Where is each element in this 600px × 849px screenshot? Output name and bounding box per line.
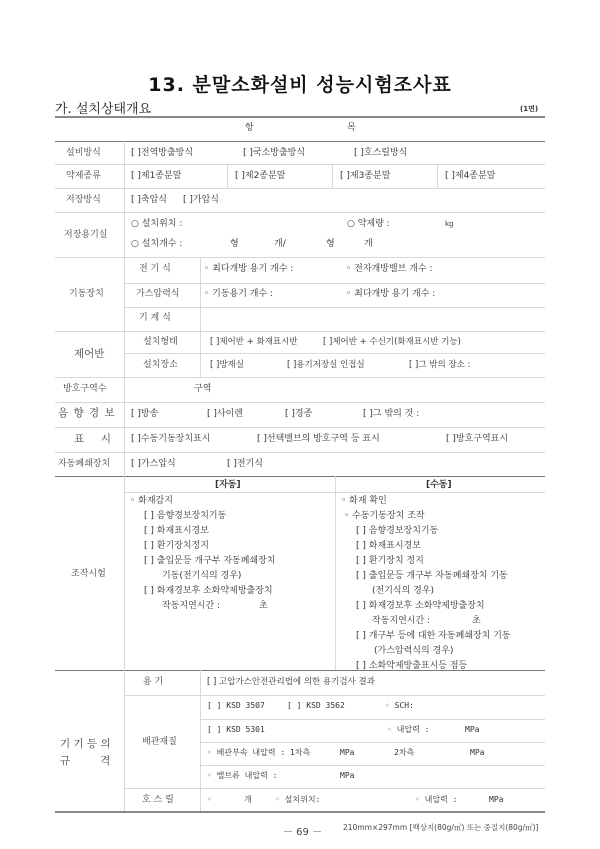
checkbox-option[interactable]: [ ]전기식: [227, 458, 263, 470]
unit-label: MPa: [465, 724, 479, 736]
agent-amount-field[interactable]: ○ 약제량 :: [347, 218, 390, 230]
pressure-field[interactable]: 2차측: [394, 747, 414, 759]
row-divider: [55, 212, 545, 213]
pressure-field[interactable]: ◦ 내압력 :: [415, 794, 457, 806]
page-number: － 69 －: [283, 823, 322, 838]
checkbox-option[interactable]: [ ] KSD 5301: [207, 724, 265, 736]
manual-line: ◦ 화재 확인: [341, 495, 387, 507]
table-top-border: [55, 116, 545, 118]
row-label-agent-type: 약제종류: [66, 170, 101, 182]
field[interactable]: ◦ 전자개방밸브 개수 :: [346, 263, 432, 275]
section-title: 가. 설치상태개요: [55, 98, 151, 117]
manual-checkbox[interactable]: [ ] 화재경보후 소화약제방출장치: [356, 600, 485, 612]
auto-checkbox[interactable]: [ ] 출입문등 개구부 자동폐쇄장치: [144, 555, 276, 567]
unit-label: 개/: [274, 238, 286, 250]
unit-label: 구역: [194, 383, 211, 395]
checkbox-option[interactable]: [ ]사이렌: [207, 408, 243, 420]
column-divider: [200, 331, 201, 377]
row-label-alarm: 음 향 경 보: [58, 407, 116, 419]
unit-label: 개: [364, 238, 373, 250]
manual-checkbox[interactable]: [ ] 소화약제방출표시등 점등: [356, 660, 467, 672]
auto-line: ◦ 화재감지: [130, 495, 173, 507]
row-divider: [55, 670, 545, 671]
row-label-zones: 방호구역수: [63, 383, 106, 395]
pressure-field[interactable]: ◦ 배관부속 내압력 : 1차측: [207, 747, 310, 759]
type-label: 형: [230, 238, 239, 250]
manual-line: (전기식의 경우): [372, 585, 434, 597]
checkbox-option[interactable]: [ ]수동기동장치표시: [131, 433, 210, 445]
checkbox-option[interactable]: [ ]경종: [285, 408, 312, 420]
sub-label-install-type: 설치형태: [143, 336, 178, 348]
row-divider: [125, 283, 545, 284]
paper-spec: 210mm×297mm [백상지(80g/㎡) 또는 중질지(80g/㎡)]: [343, 822, 538, 833]
checkbox-option[interactable]: [ ]선택밸브의 방호구역 등 표시: [257, 433, 380, 445]
checkbox-option[interactable]: [ ]호스릴방식: [354, 147, 407, 159]
field[interactable]: ◦ 최다개방 용기 개수 :: [204, 263, 293, 275]
sub-label-mechanical: 기 계 식: [139, 312, 171, 324]
unit-label: MPa: [340, 747, 354, 759]
page-side-label: (1면): [520, 104, 538, 114]
manual-checkbox[interactable]: [ ] 화재표시경보: [356, 540, 421, 552]
install-location-field[interactable]: ○ 설치위치 :: [131, 218, 182, 230]
sub-label-electric: 전 기 식: [139, 263, 171, 275]
column-divider: [124, 141, 125, 811]
manual-line: ◦ 수동기동장치 조작: [344, 510, 425, 522]
auto-header: [자동]: [215, 479, 241, 491]
row-divider: [200, 742, 545, 743]
checkbox-option[interactable]: [ ]제3종분말: [340, 170, 390, 182]
row-divider: [125, 307, 545, 308]
sub-label-container: 용 기: [143, 676, 163, 688]
header-divider: [55, 141, 545, 142]
row-label-control-panel: 제어반: [74, 348, 104, 360]
manual-checkbox[interactable]: [ ] 출입문등 개구부 자동폐쇄장치 기동: [356, 570, 508, 582]
row-label-specs: 기 기 등 의: [60, 738, 111, 750]
manual-header: [수동]: [426, 479, 452, 491]
manual-line: 초: [472, 615, 481, 627]
auto-line: 기동(전기식의 경우): [162, 570, 241, 582]
manual-checkbox[interactable]: [ ] 개구부 등에 대한 자동폐쇄장치 기동: [356, 630, 511, 642]
auto-checkbox[interactable]: [ ] 화재표시경보: [144, 525, 209, 537]
row-divider: [55, 402, 545, 403]
unit-label: MPa: [489, 794, 503, 806]
checkbox-option[interactable]: [ ]가스압식: [131, 458, 176, 470]
sub-label-install-place: 설치장소: [143, 359, 178, 371]
auto-checkbox[interactable]: [ ] 화재경보후 소화약제방출장치: [144, 585, 273, 597]
column-divider: [227, 164, 228, 188]
row-label-activation: 기동장치: [69, 288, 104, 300]
column-divider: [200, 670, 201, 811]
install-location-field[interactable]: ◦ 설치위치:: [275, 794, 320, 806]
checkbox-option[interactable]: [ ]가압식: [183, 194, 219, 206]
row-divider: [125, 788, 545, 789]
row-divider: [55, 164, 545, 165]
checkbox-option[interactable]: [ ] 고압가스안전관리법에 의한 용기검사 결과: [207, 676, 375, 688]
auto-checkbox[interactable]: [ ] 환기장치정지: [144, 540, 209, 552]
sch-field[interactable]: ◦ SCH:: [385, 700, 414, 712]
row-divider: [55, 476, 545, 477]
checkbox-option[interactable]: [ ]축압식: [131, 194, 167, 206]
row-label-specs-2: 규 격: [60, 755, 110, 767]
auto-checkbox[interactable]: [ ] 음향경보장치기동: [144, 510, 226, 522]
table-bottom-border: [55, 811, 545, 813]
sub-label-hose-reel: 호 스 릴: [142, 794, 174, 806]
checkbox-option[interactable]: [ ] KSD 3562: [287, 700, 345, 712]
row-divider: [55, 188, 545, 189]
checkbox-option[interactable]: [ ]그 밖의 장소 :: [409, 359, 470, 371]
checkbox-option[interactable]: [ ]전역방출방식: [131, 147, 193, 159]
row-label-display: 표 시: [74, 433, 111, 445]
checkbox-option[interactable]: [ ]제1종분말: [131, 170, 181, 182]
checkbox-option[interactable]: [ ]방송: [131, 408, 158, 420]
auto-line: 초: [259, 600, 268, 612]
sub-label-gas: 가스압력식: [136, 288, 179, 300]
checkbox-option[interactable]: [ ]제4종분말: [445, 170, 495, 182]
checkbox-option[interactable]: [ ]국소방출방식: [243, 147, 305, 159]
checkbox-option[interactable]: [ ]제어반 + 수신기(화재표시반 기능): [323, 336, 461, 348]
row-divider: [200, 719, 545, 720]
header-item: 항: [245, 122, 254, 134]
row-label-operation-test: 조작시험: [71, 568, 106, 580]
checkbox-option[interactable]: [ ]용기저장실 인접실: [287, 359, 365, 371]
type-label: 형: [326, 238, 335, 250]
field[interactable]: ◦ 최다개방 용기 개수 :: [346, 288, 435, 300]
column-divider: [200, 257, 201, 331]
checkbox-option[interactable]: [ ]방재실: [210, 359, 244, 371]
field[interactable]: ◦ 기동용기 개수 :: [204, 288, 273, 300]
column-divider: [332, 164, 333, 188]
row-divider: [55, 377, 545, 378]
row-label-storage-method: 저장방식: [66, 194, 101, 206]
row-label-equipment-method: 설비방식: [66, 147, 101, 159]
header-item: 목: [347, 122, 356, 134]
column-divider: [437, 164, 438, 188]
row-divider: [125, 695, 545, 696]
unit-label: kg: [445, 218, 454, 230]
row-divider: [55, 452, 545, 453]
unit-label: MPa: [470, 747, 484, 759]
row-divider: [200, 765, 545, 766]
manual-line: (가스압력식의 경우): [374, 645, 453, 657]
page-title: 13. 분말소화설비 성능시험조사표: [0, 70, 600, 97]
checkbox-option[interactable]: [ ]제2종분말: [235, 170, 285, 182]
pressure-field[interactable]: ◦ 내압력 :: [387, 724, 429, 736]
checkbox-option[interactable]: [ ]그 밖의 것 :: [363, 408, 419, 420]
column-divider: [335, 476, 336, 670]
manual-line: 작동지연시간 :: [372, 615, 430, 627]
checkbox-option[interactable]: [ ]제어반 + 화재표시반: [210, 336, 298, 348]
auto-line: 작동지연시간 :: [162, 600, 220, 612]
row-divider: [55, 257, 545, 258]
checkbox-option[interactable]: [ ]방호구역표시: [446, 433, 508, 445]
unit-label: MPa: [340, 770, 354, 782]
row-label-storage-room: 저장용기실: [64, 229, 107, 241]
row-label-auto-close: 자동폐쇄장치: [58, 458, 110, 470]
checkbox-option[interactable]: [ ] KSD 3507: [207, 700, 265, 712]
manual-checkbox[interactable]: [ ] 환기장치 정지: [356, 555, 424, 567]
row-divider: [125, 353, 545, 354]
sub-label-piping: 배관재질: [142, 736, 177, 748]
row-divider: [55, 331, 545, 332]
row-divider: [55, 427, 545, 428]
manual-checkbox[interactable]: [ ] 음향경보장치기동: [356, 525, 438, 537]
install-count-field[interactable]: ○ 설치개수 :: [131, 238, 182, 250]
bullet: ◦: [207, 794, 212, 806]
unit-label: 개: [244, 794, 252, 806]
pressure-field[interactable]: ◦ 밸브류 내압력 :: [207, 770, 277, 782]
